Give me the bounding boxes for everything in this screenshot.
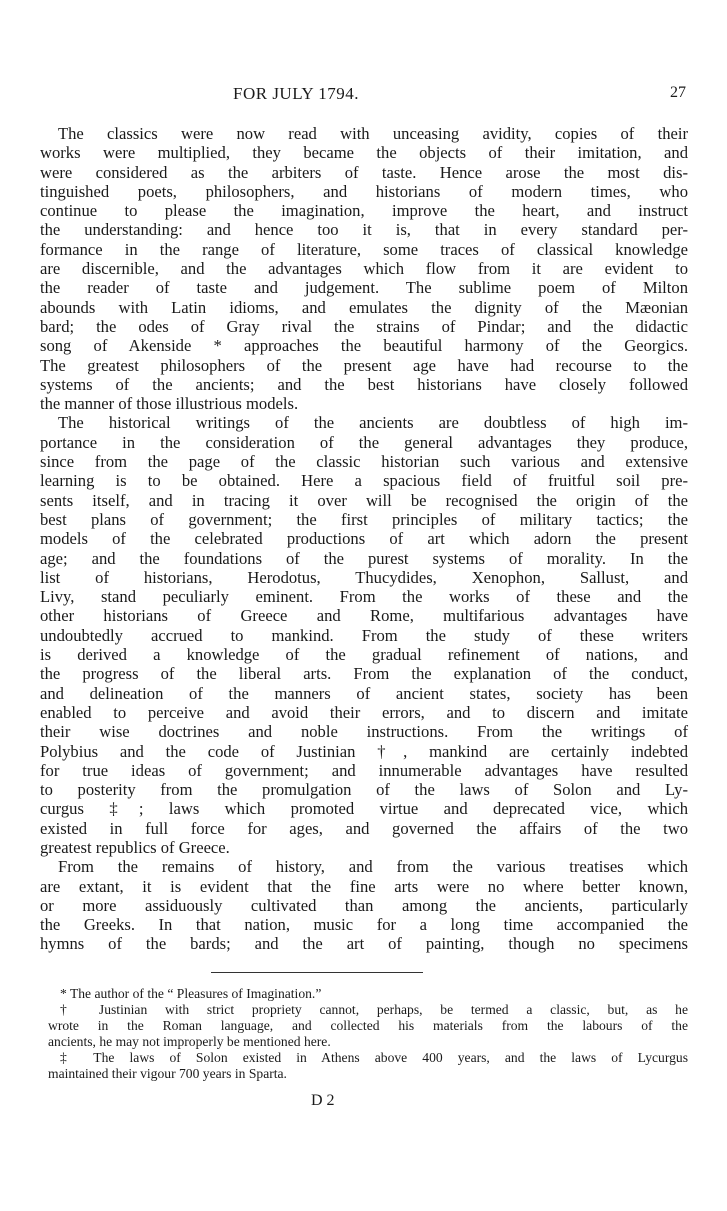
text-line: their wise doctrines and noble instructi… [40,722,688,741]
text-line: song of Akenside * approaches the beauti… [40,336,688,355]
text-line: other historians of Greece and Rome, mul… [40,606,688,625]
text-line: formance in the range of literature, som… [40,240,688,259]
page-number: 27 [670,84,686,102]
text-line: enabled to perceive and avoid their erro… [40,703,688,722]
text-line: sents itself, and in tracing it over wil… [40,491,688,510]
text-line: tinguished poets, philosophers, and hist… [40,182,688,201]
footnote-line: ‡ The laws of Solon existed in Athens ab… [48,1050,688,1066]
text-line: existed in full force for ages, and gove… [40,819,688,838]
text-line: continue to please the imagination, impr… [40,201,688,220]
text-line: the progress of the liberal arts. From t… [40,664,688,683]
footnote-double-dagger: ‡ The laws of Solon existed in Athens ab… [48,1050,688,1082]
text-line: the reader of taste and judgement. The s… [40,278,688,297]
text-line: the manner of those illustrious models. [40,394,688,413]
text-line: The greatest philosophers of the present… [40,356,688,375]
footnote-asterisk: * The author of the “ Pleasures of Imagi… [48,986,688,1002]
footnote-line: maintained their vigour 700 years in Spa… [48,1066,688,1082]
text-line: to posterity from the promulgation of th… [40,780,688,799]
text-line: systems of the ancients; and the best hi… [40,375,688,394]
text-line: Livy, stand peculiarly eminent. From the… [40,587,688,606]
text-line: is derived a knowledge of the gradual re… [40,645,688,664]
page-header: FOR JULY 1794. 27 [0,84,727,106]
paragraph: The historical writings of the ancients … [40,413,688,857]
text-line: portance in the consideration of the gen… [40,433,688,452]
text-line: for true ideas of government; and innume… [40,761,688,780]
text-line: works were multiplied, they became the o… [40,143,688,162]
paragraph: The classics were now read with unceasin… [40,124,688,413]
footnote-line: ancients, he may not improperly be menti… [48,1034,688,1050]
signature-mark: D 2 [311,1092,335,1110]
text-line: age; and the foundations of the purest s… [40,549,688,568]
footnote-dagger: † Justinian with strict propriety cannot… [48,1002,688,1050]
text-line: are extant, it is evident that the fine … [40,877,688,896]
text-line: learning is to be obtained. Here a spaci… [40,471,688,490]
text-line: or more assiduously cultivated than amon… [40,896,688,915]
text-line: The historical writings of the ancients … [40,413,688,432]
footnote-line: * The author of the “ Pleasures of Imagi… [48,986,688,1002]
text-line: hymns of the bards; and the art of paint… [40,934,688,953]
body-text: The classics were now read with unceasin… [40,124,688,954]
footnotes: * The author of the “ Pleasures of Imagi… [48,986,688,1082]
text-line: were considered as the arbiters of taste… [40,163,688,182]
footnote-line: † Justinian with strict propriety cannot… [48,1002,688,1018]
text-line: undoubtedly accrued to mankind. From the… [40,626,688,645]
text-line: list of historians, Herodotus, Thucydide… [40,568,688,587]
text-line: Polybius and the code of Justinian †, ma… [40,742,688,761]
running-head: FOR JULY 1794. [233,84,359,104]
text-line: models of the celebrated productions of … [40,529,688,548]
text-line: curgus ‡; laws which promoted virtue and… [40,799,688,818]
text-line: The classics were now read with unceasin… [40,124,688,143]
text-line: From the remains of history, and from th… [40,857,688,876]
paragraph: From the remains of history, and from th… [40,857,688,953]
text-line: since from the page of the classic histo… [40,452,688,471]
text-line: best plans of government; the first prin… [40,510,688,529]
text-line: abounds with Latin idioms, and emulates … [40,298,688,317]
text-line: bard; the odes of Gray rival the strains… [40,317,688,336]
text-line: the understanding: and hence too it is, … [40,220,688,239]
text-line: greatest republics of Greece. [40,838,688,857]
text-line: the Greeks. In that nation, music for a … [40,915,688,934]
text-line: are discernible, and the advantages whic… [40,259,688,278]
footnote-rule [211,972,423,973]
footnote-line: wrote in the Roman language, and collect… [48,1018,688,1034]
text-line: and delineation of the manners of ancien… [40,684,688,703]
